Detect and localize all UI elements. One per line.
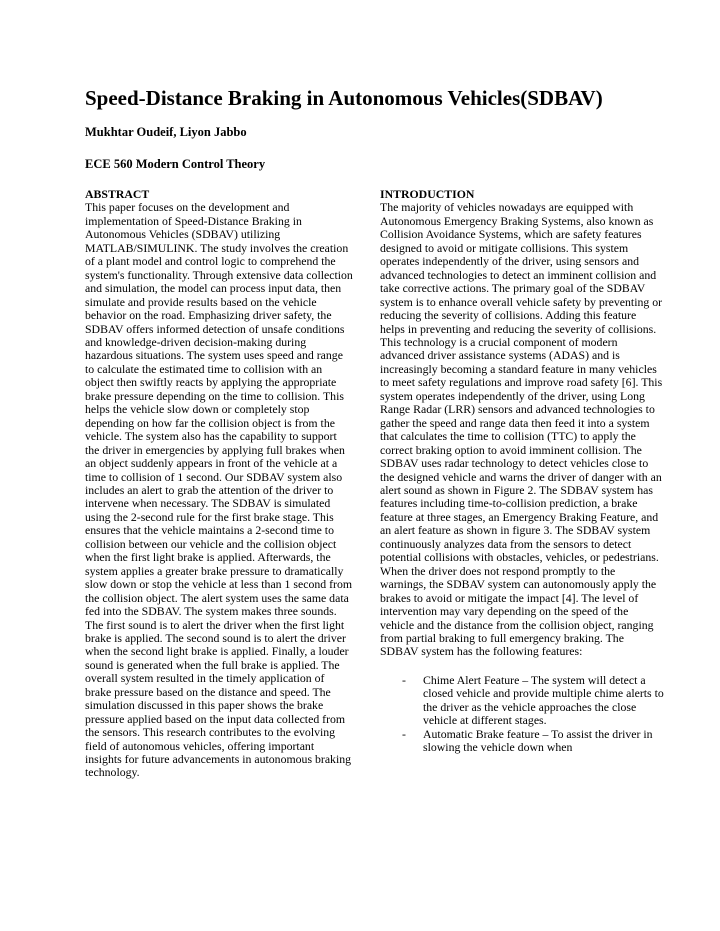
list-item-chime-alert: - Chime Alert Feature – The system will … — [380, 674, 664, 728]
abstract-heading: ABSTRACT — [85, 188, 353, 201]
introduction-section: INTRODUCTION The majority of vehicles no… — [380, 188, 664, 780]
page-content: Speed-Distance Braking in Autonomous Veh… — [85, 86, 665, 780]
document-page: Speed-Distance Braking in Autonomous Veh… — [0, 0, 720, 931]
abstract-section: ABSTRACT This paper focuses on the devel… — [85, 188, 353, 780]
list-item-text: Chime Alert Feature – The system will de… — [423, 674, 664, 728]
authors-line: Mukhtar Oudeif, Liyon Jabbo — [85, 125, 665, 140]
bullet-dash-marker: - — [402, 674, 423, 728]
abstract-body: This paper focuses on the development an… — [85, 201, 353, 779]
two-column-layout: ABSTRACT This paper focuses on the devel… — [85, 188, 665, 780]
list-item-text: Automatic Brake feature – To assist the … — [423, 728, 664, 755]
course-line: ECE 560 Modern Control Theory — [85, 157, 665, 172]
feature-list: - Chime Alert Feature – The system will … — [380, 674, 664, 755]
bullet-dash-marker: - — [402, 728, 423, 755]
introduction-heading: INTRODUCTION — [380, 188, 664, 201]
list-item-automatic-brake: - Automatic Brake feature – To assist th… — [380, 728, 664, 755]
column-gap — [353, 188, 380, 780]
paper-title: Speed-Distance Braking in Autonomous Veh… — [85, 86, 665, 110]
introduction-body: The majority of vehicles nowadays are eq… — [380, 201, 664, 658]
